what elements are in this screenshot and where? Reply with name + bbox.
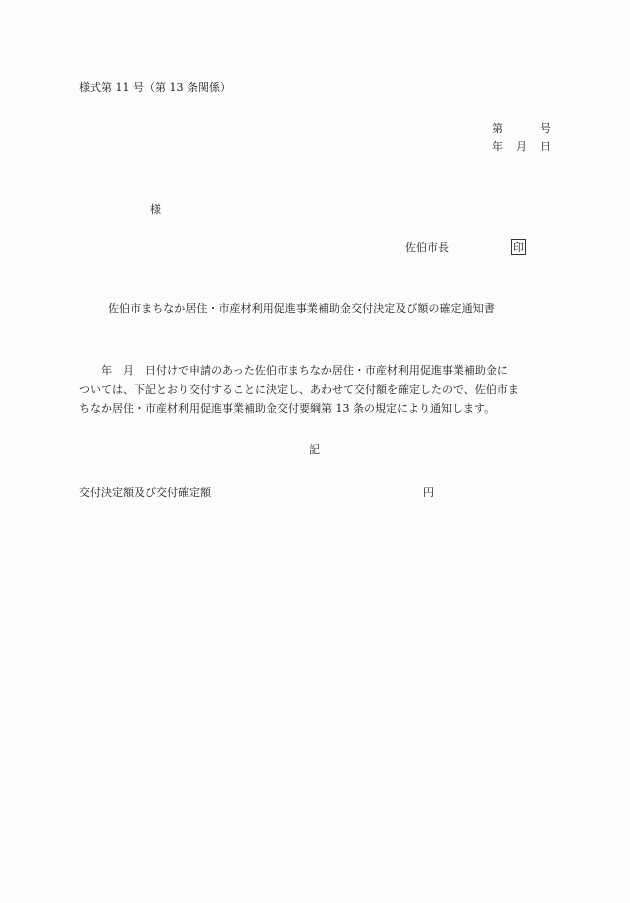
seal-stamp-icon: 印 (511, 239, 526, 255)
ki-heading: 記 (309, 444, 320, 455)
date-day: 日 (540, 141, 551, 152)
date-month: 月 (516, 141, 527, 152)
body-line: 年 月 日付けで申請のあった佐伯市まちなか居住・市産材利用促進事業補助金に (79, 361, 554, 380)
addressee: 様 (150, 204, 161, 215)
number-prefix: 第 (492, 123, 503, 134)
date-year: 年 (492, 141, 503, 152)
body-paragraph: 年 月 日付けで申請のあった佐伯市まちなか居住・市産材利用促進事業補助金に つい… (79, 361, 554, 418)
body-line: ちなか居住・市産材利用促進事業補助金交付要綱第 13 条の規定により通知します。 (79, 399, 554, 418)
document-title: 佐伯市まちなか居住・市産材利用促進事業補助金交付決定及び額の確定通知書 (108, 303, 495, 314)
amount-label: 交付決定額及び交付確定額 (79, 487, 211, 498)
amount-unit: 円 (423, 487, 434, 498)
document-page: 様式第 11 号（第 13 条関係） 第 号 年 月 日 様 佐伯市長 印 佐伯… (0, 0, 630, 903)
issuer-name: 佐伯市長 (405, 242, 449, 253)
number-suffix: 号 (540, 123, 551, 134)
body-line: ついては、下記とおり交付することに決定し、あわせて交付額を確定したので、佐伯市ま (79, 380, 554, 399)
form-number: 様式第 11 号（第 13 条関係） (79, 82, 231, 93)
